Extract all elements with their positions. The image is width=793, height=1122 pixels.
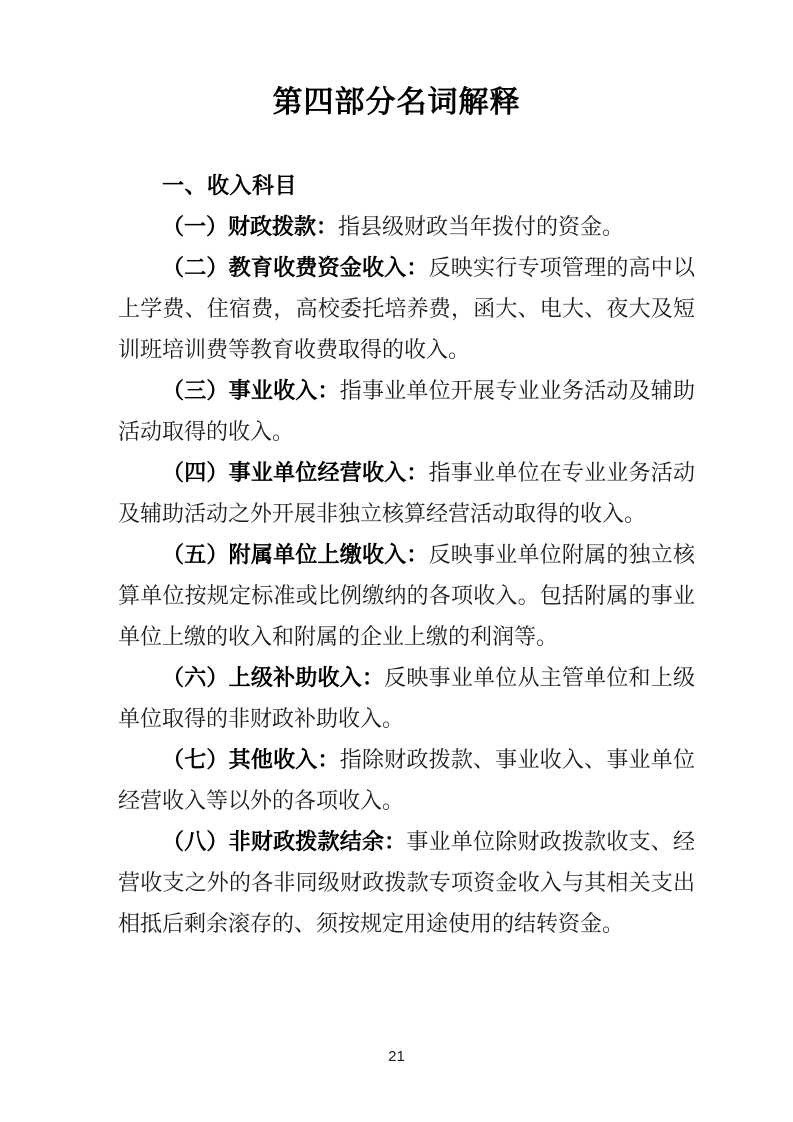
term-label: （一）财政拨款： (162, 214, 338, 239)
definition-item: （四）事业单位经营收入：指事业单位在专业业务活动及辅助活动之外开展非独立核算经营… (118, 452, 695, 534)
term-label: （二）教育收费资金收入： (162, 255, 429, 280)
definition-item: （五）附属单位上缴收入：反映事业单位附属的独立核算单位按规定标准或比例缴纳的各项… (118, 534, 695, 657)
definition-item: （一）财政拨款：指县级财政当年拨付的资金。 (118, 206, 695, 247)
definition-item: （七）其他收入：指除财政拨款、事业收入、事业单位经营收入等以外的各项收入。 (118, 739, 695, 821)
term-definition: 指县级财政当年拨付的资金。 (338, 214, 624, 239)
term-label: （八）非财政拨款结余： (162, 829, 406, 854)
term-label: （五）附属单位上缴收入： (162, 542, 429, 567)
document-page: 第四部分名词解释 一、收入科目 （一）财政拨款：指县级财政当年拨付的资金。 （二… (0, 0, 793, 1122)
page-title: 第四部分名词解释 (0, 82, 793, 124)
term-label: （四）事业单位经营收入： (162, 460, 429, 485)
document-body: 一、收入科目 （一）财政拨款：指县级财政当年拨付的资金。 （二）教育收费资金收入… (118, 165, 695, 944)
definition-item: （二）教育收费资金收入：反映实行专项管理的高中以上学费、住宿费，高校委托培养费，… (118, 247, 695, 370)
term-label: （七）其他收入： (162, 747, 340, 772)
page-number: 21 (0, 1047, 793, 1067)
definition-item: （六）上级补助收入：反映事业单位从主管单位和上级单位取得的非财政补助收入。 (118, 657, 695, 739)
definition-item: （三）事业收入：指事业单位开展专业业务活动及辅助活动取得的收入。 (118, 370, 695, 452)
term-label: （三）事业收入： (162, 378, 340, 403)
section-heading-income-categories: 一、收入科目 (118, 165, 695, 206)
definition-item: （八）非财政拨款结余：事业单位除财政拨款收支、经营收支之外的各非同级财政拨款专项… (118, 821, 695, 944)
term-label: （六）上级补助收入： (162, 665, 384, 690)
